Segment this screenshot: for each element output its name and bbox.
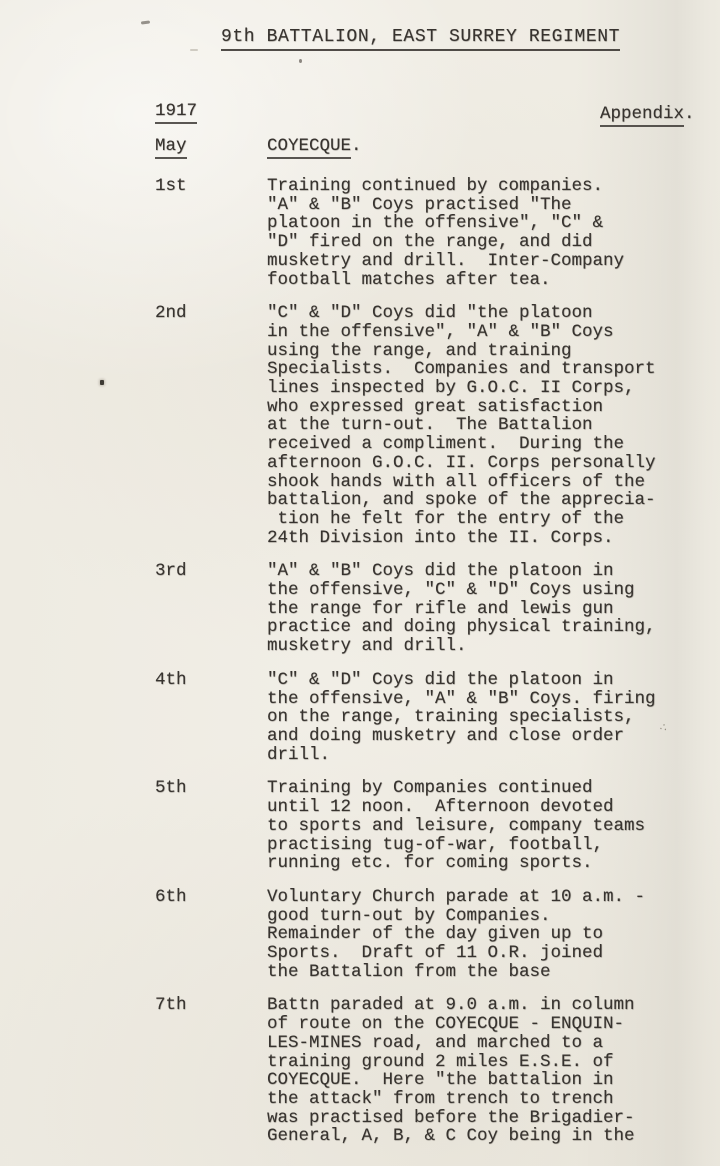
year-heading: 1917 xyxy=(155,101,197,124)
entry-date: 1st xyxy=(155,177,187,196)
location-period: . xyxy=(351,136,362,156)
entry-text: Voluntary Church parade at 10 a.m. - goo… xyxy=(267,888,697,982)
month-text: May xyxy=(155,136,187,159)
paper-smudge xyxy=(190,49,198,51)
ink-speck xyxy=(100,380,104,385)
entry-text: "C" & "D" Coys did "the platoon in the o… xyxy=(267,304,697,547)
entry-text: Battn paraded at 9.0 a.m. in column of r… xyxy=(267,996,697,1146)
diary-entry-3rd: 3rd "A" & "B" Coys did the platoon in th… xyxy=(0,562,720,656)
entry-text: "C" & "D" Coys did the platoon in the of… xyxy=(267,671,697,765)
entry-date: 7th xyxy=(155,996,187,1015)
appendix-text: Appendix xyxy=(600,104,684,127)
diary-entry-6th: 6th Voluntary Church parade at 10 a.m. -… xyxy=(0,888,720,982)
location-heading: COYECQUE. xyxy=(267,136,362,156)
entry-text: Training continued by companies. "A" & "… xyxy=(267,177,697,289)
appendix-label: Appendix. xyxy=(600,104,695,124)
entry-text: Training by Companies continued until 12… xyxy=(267,779,697,873)
war-diary-page: 9th BATTALION, EAST SURREY REGIMENT 1917… xyxy=(0,0,720,1166)
appendix-period: . xyxy=(684,104,695,124)
entry-date: 5th xyxy=(155,779,187,798)
diary-entry-1st: 1st Training continued by companies. "A"… xyxy=(0,177,720,289)
entry-text: "A" & "B" Coys did the platoon in the of… xyxy=(267,562,697,656)
entry-date: 2nd xyxy=(155,304,187,323)
diary-entry-4th: 4th "C" & "D" Coys did the platoon in th… xyxy=(0,671,720,765)
diary-entry-7th: 7th Battn paraded at 9.0 a.m. in column … xyxy=(0,996,720,1146)
location-text: COYECQUE xyxy=(267,136,351,159)
month-heading: May xyxy=(155,136,187,156)
diary-entries: 1st Training continued by companies. "A"… xyxy=(0,177,720,1161)
entry-date: 4th xyxy=(155,671,187,690)
page-title: 9th BATTALION, EAST SURREY REGIMENT xyxy=(221,27,620,51)
entry-date: 3rd xyxy=(155,562,187,581)
ink-speck xyxy=(141,20,150,24)
diary-entry-5th: 5th Training by Companies continued unti… xyxy=(0,779,720,873)
diary-entry-2nd: 2nd "C" & "D" Coys did "the platoon in t… xyxy=(0,304,720,547)
entry-date: 6th xyxy=(155,888,187,907)
ink-speck xyxy=(299,59,302,63)
